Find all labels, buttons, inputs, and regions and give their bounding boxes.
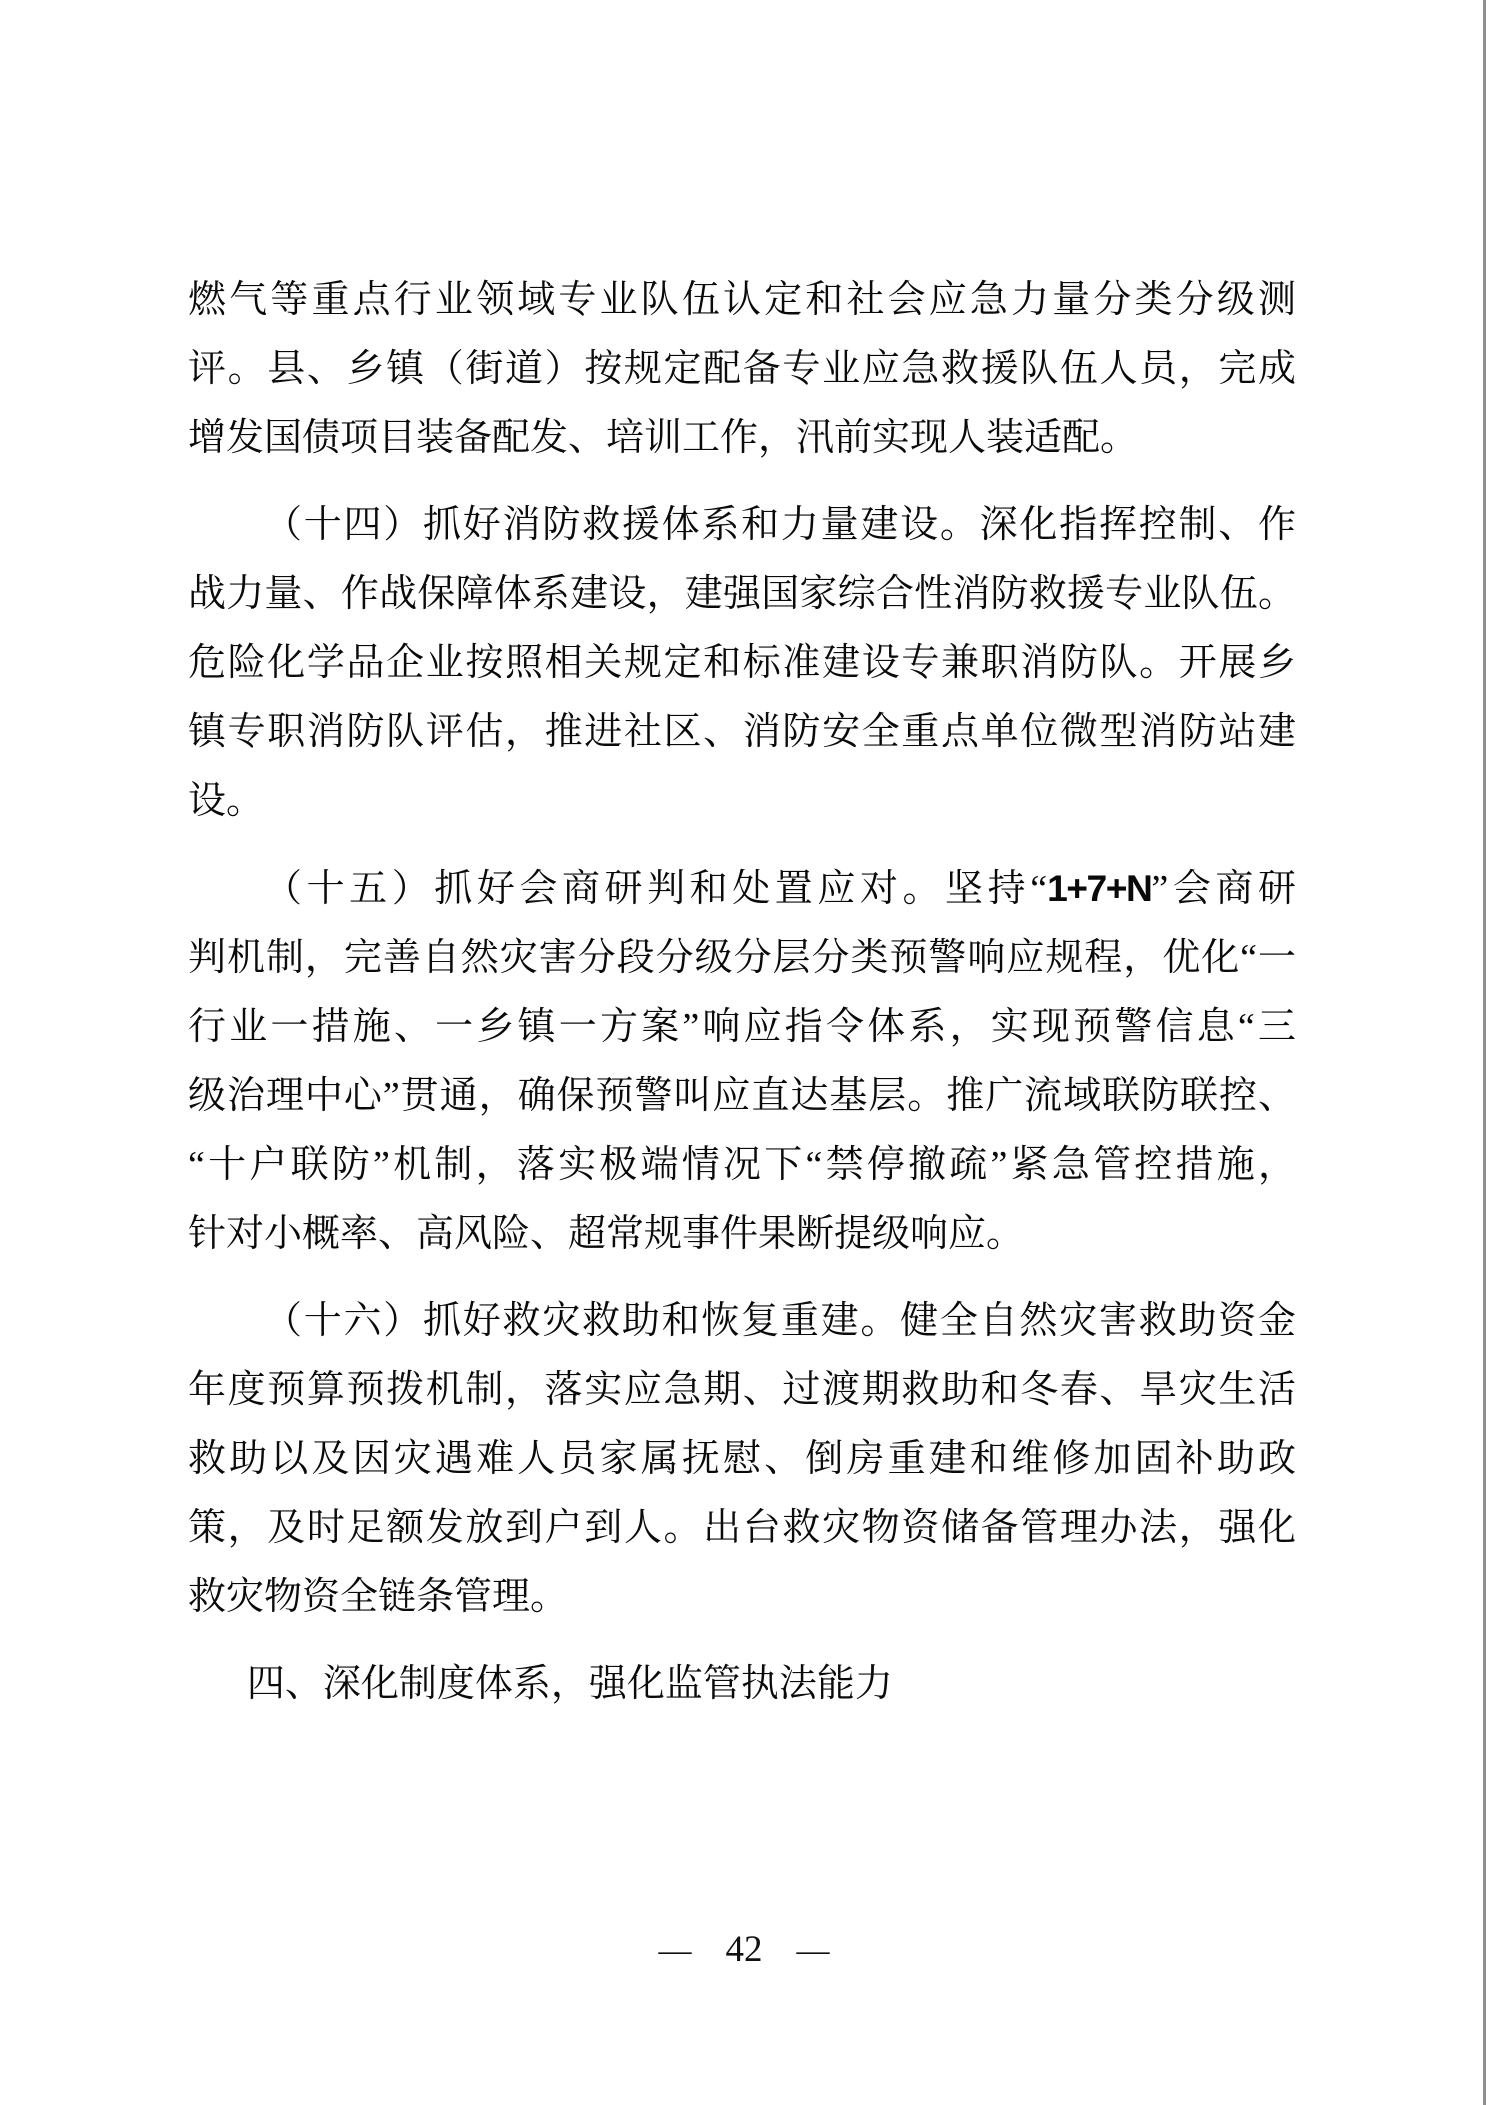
footer-dash-right: — — [797, 1933, 830, 1969]
text-line: 判机制，完善自然灾害分段分级分层分类预警响应规程，优化“一 — [188, 924, 1296, 993]
paragraph: （十四）抓好消防救援体系和力量建设。深化指挥控制、作战力量、作战保障体系建设，建… — [188, 491, 1296, 836]
section-heading: 四、深化制度体系，强化监管执法能力 — [188, 1650, 1296, 1719]
text-line: （十四）抓好消防救援体系和力量建设。深化指挥控制、作 — [188, 491, 1296, 560]
text-line: 燃气等重点行业领域专业队伍认定和社会应急力量分类分级测 — [188, 266, 1296, 335]
text-line: 危险化学品企业按照相关规定和标准建设专兼职消防队。开展乡 — [188, 629, 1296, 698]
text-line: 镇专职消防队评估，推进社区、消防安全重点单位微型消防站建 — [188, 698, 1296, 767]
text-line: 年度预算预拨机制，落实应急期、过渡期救助和冬春、旱灾生活 — [188, 1356, 1296, 1425]
text-line: 针对小概率、高风险、超常规事件果断提级响应。 — [188, 1200, 1296, 1269]
text-line: 评。县、乡镇（街道）按规定配备专业应急救援队伍人员，完成 — [188, 335, 1296, 404]
text-line: 战力量、作战保障体系建设，建强国家综合性消防救援专业队伍。 — [188, 560, 1296, 629]
text-line: 救助以及因灾遇难人员家属抚慰、倒房重建和维修加固补助政 — [188, 1425, 1296, 1494]
text-line: 行业一措施、一乡镇一方案”响应指令体系，实现预警信息“三 — [188, 993, 1296, 1062]
text-line: （十五）抓好会商研判和处置应对。坚持“1+7+N”会商研 — [188, 854, 1296, 924]
text-line: 策，及时足额发放到户到人。出台救灾物资储备管理办法，强化 — [188, 1494, 1296, 1563]
text-line: 增发国债项目装备配发、培训工作，汛前实现人装适配。 — [188, 404, 1296, 473]
paragraph: （十五）抓好会商研判和处置应对。坚持“1+7+N”会商研判机制，完善自然灾害分段… — [188, 854, 1296, 1269]
document-page: 燃气等重点行业领域专业队伍认定和社会应急力量分类分级测评。县、乡镇（街道）按规定… — [0, 0, 1488, 2105]
paragraph: 燃气等重点行业领域专业队伍认定和社会应急力量分类分级测评。县、乡镇（街道）按规定… — [188, 266, 1296, 473]
text-line: （十六）抓好救灾救助和恢复重建。健全自然灾害救助资金 — [188, 1287, 1296, 1356]
latin-formula: 1+7+N — [1047, 867, 1151, 909]
text-line: 救灾物资全链条管理。 — [188, 1563, 1296, 1632]
page-footer: —42— — [0, 1930, 1488, 1971]
text-line: 级治理中心”贯通，确保预警叫应直达基层。推广流域联防联控、 — [188, 1062, 1296, 1131]
document-body: 燃气等重点行业领域专业队伍认定和社会应急力量分类分级测评。县、乡镇（街道）按规定… — [188, 266, 1296, 1719]
text-line: 设。 — [188, 767, 1296, 836]
scan-edge-artifact — [1483, 0, 1486, 2105]
page-number: 42 — [726, 1930, 763, 1970]
text-line: “十户联防”机制，落实极端情况下“禁停撤疏”紧急管控措施， — [188, 1131, 1296, 1200]
paragraph: （十六）抓好救灾救助和恢复重建。健全自然灾害救助资金年度预算预拨机制，落实应急期… — [188, 1287, 1296, 1632]
footer-dash-left: — — [659, 1933, 692, 1969]
text-line: 四、深化制度体系，强化监管执法能力 — [188, 1650, 1296, 1719]
